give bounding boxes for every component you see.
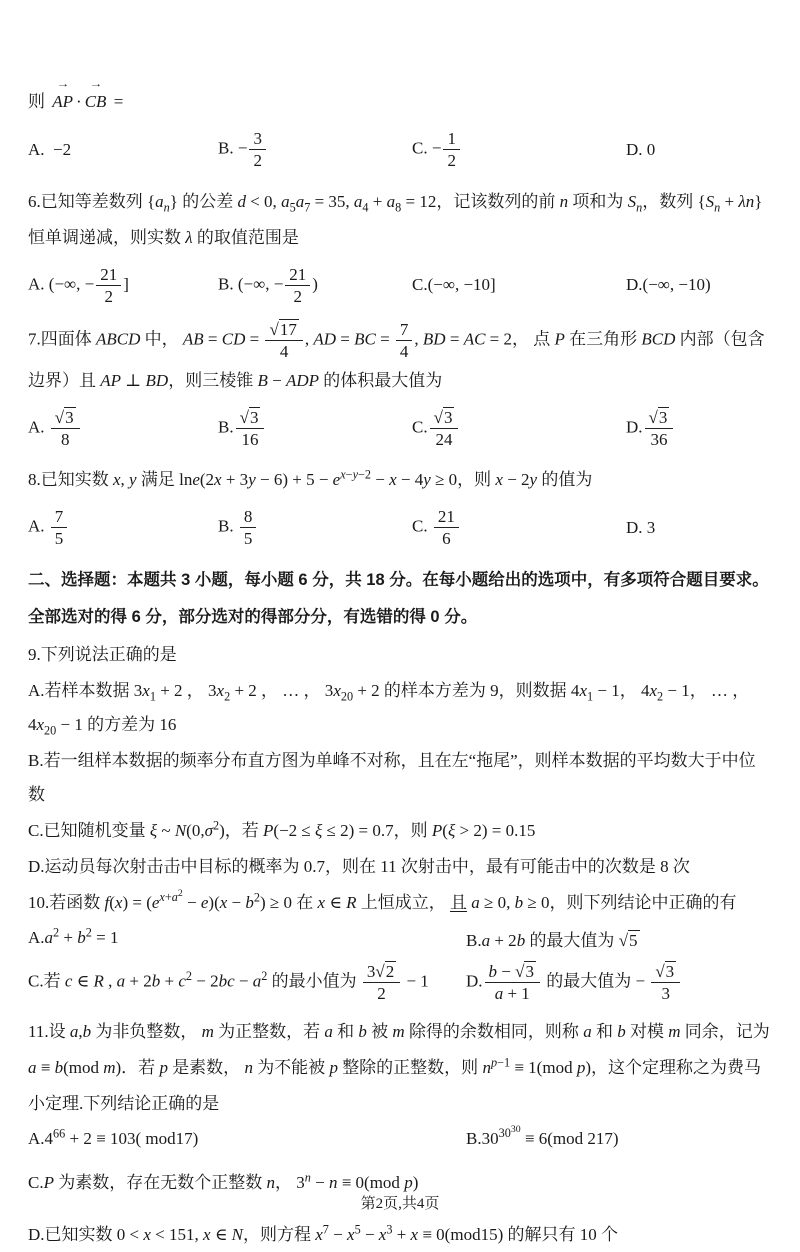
question-6-options: A. (−∞, −212] B. (−∞, −212) C.(−∞, −10] …	[28, 264, 772, 308]
q10-option-b: B.a + 2b 的最大值为 √5	[466, 926, 772, 951]
q6-option-a: A. (−∞, −212]	[28, 264, 218, 308]
q11-option-d: D.已知实数 0 < x < 151, x ∈ N，则方程 x7 − x5 − …	[28, 1217, 772, 1252]
q9-option-d: D.运动员每次射击击中目标的概率为 0.7，则在 11 次射击中，最有可能击中的…	[28, 850, 772, 884]
q6-option-b: B. (−∞, −212)	[218, 264, 412, 308]
q6-option-d: D.(−∞, −10)	[626, 275, 772, 295]
q9-option-b: B.若一组样本数据的频率分布直方图为单峰不对称，且在左“拖尾”，则样本数据的平均…	[28, 744, 772, 812]
q5-option-a: A. −2	[28, 140, 218, 160]
question-8-options: A. 75 B. 85 C. 216 D. 3	[28, 506, 772, 550]
q9-option-a: A.若样本数据 3x1 + 2 ， 3x2 + 2 ， … ， 3x20 + 2…	[28, 674, 772, 742]
question-9-stem: 9.下列说法正确的是	[28, 638, 772, 672]
q10-option-a: A.a2 + b2 = 1	[28, 928, 466, 948]
question-7-options: A. √38 B.√316 C.√324 D.√336	[28, 407, 772, 451]
q8-option-a: A. 75	[28, 506, 218, 550]
question-10-options-row1: A.a2 + b2 = 1 B.a + 2b 的最大值为 √5	[28, 926, 772, 951]
question-5-continuation: 则 AP·CB =	[28, 84, 772, 120]
exam-page: 则 AP·CB = A. −2 B. −32 C. −12 D. 0 6.已知等…	[0, 0, 800, 1252]
question-6-stem: 6.已知等差数列 {an} 的公差 d < 0, a5a7 = 35, a4 +…	[28, 184, 772, 256]
q10-option-d: D.b − √3a + 1 的最大值为 − √33	[466, 961, 772, 1005]
q11-option-b: B.303030 ≡ 6(mod 217)	[466, 1129, 772, 1149]
q11-option-a: A.466 + 2 ≡ 103( mod17)	[28, 1129, 466, 1149]
q10-option-c: C.若 c ∈ R , a + 2b + c2 − 2bc − a2 的最小值为…	[28, 961, 466, 1005]
question-10-stem: 10.若函数 f(x) = (ex+a2 − e)(x − b2) ≥ 0 在 …	[28, 886, 772, 920]
question-5-options: A. −2 B. −32 C. −12 D. 0	[28, 128, 772, 172]
q7-option-c: C.√324	[412, 407, 626, 451]
question-11-stem: 11.设 a,b 为非负整数， m 为正整数，若 a 和 b 被 m 除得的余数…	[28, 1014, 772, 1122]
question-10-options-row2: C.若 c ∈ R , a + 2b + c2 − 2bc − a2 的最小值为…	[28, 961, 772, 1005]
page-number: 第2页,共4页	[0, 1192, 800, 1213]
q8-option-b: B. 85	[218, 506, 412, 550]
q8-option-d: D. 3	[626, 518, 772, 538]
question-8-stem: 8.已知实数 x, y 满足 lne(2x + 3y − 6) + 5 − ex…	[28, 462, 772, 498]
q7-option-b: B.√316	[218, 407, 412, 451]
q6-option-c: C.(−∞, −10]	[412, 275, 626, 295]
q5-option-b: B. −32	[218, 128, 412, 172]
q7-option-a: A. √38	[28, 407, 218, 451]
q8-option-c: C. 216	[412, 506, 626, 550]
question-11-options-row1: A.466 + 2 ≡ 103( mod17) B.303030 ≡ 6(mod…	[28, 1129, 772, 1149]
q5-option-d: D. 0	[626, 140, 772, 160]
q9-option-c: C.已知随机变量 ξ ~ N(0,σ2)，若 P(−2 ≤ ξ ≤ 2) = 0…	[28, 814, 772, 848]
section-2-header: 二、选择题：本题共 3 小题，每小题 6 分，共 18 分。在每小题给出的选项中…	[28, 562, 772, 636]
q5-option-c: C. −12	[412, 128, 626, 172]
q7-option-d: D.√336	[626, 407, 772, 451]
question-7-stem: 7.四面体 ABCD 中， AB = CD = √174, AD = BC = …	[28, 319, 772, 399]
